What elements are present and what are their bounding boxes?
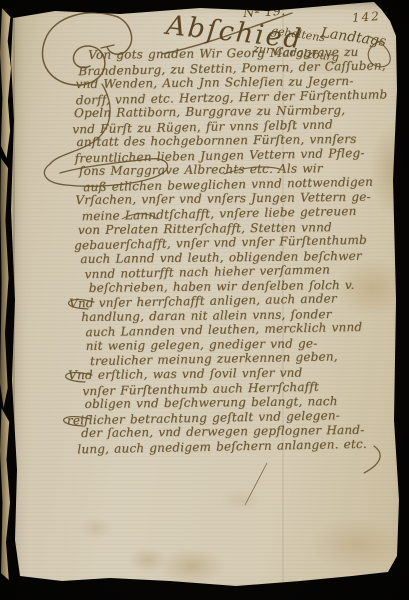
gutter-page-edge-bottom (0, 408, 10, 580)
gutter-page-edge-top (0, 8, 11, 158)
scratch-line-icon (245, 463, 267, 505)
manuscript-page: Abſchied Nº 19. 142 gehaltens Landtags z… (0, 0, 409, 600)
manuscript-body-text: Von gots gnaden Wir Georg Marggrave zu B… (60, 44, 406, 457)
scan-background: Abſchied Nº 19. 142 gehaltens Landtags z… (0, 0, 409, 600)
folio-number: 142 (352, 9, 382, 25)
archive-number: Nº 19. (243, 4, 286, 21)
gutter-page-edge-middle (0, 158, 9, 408)
